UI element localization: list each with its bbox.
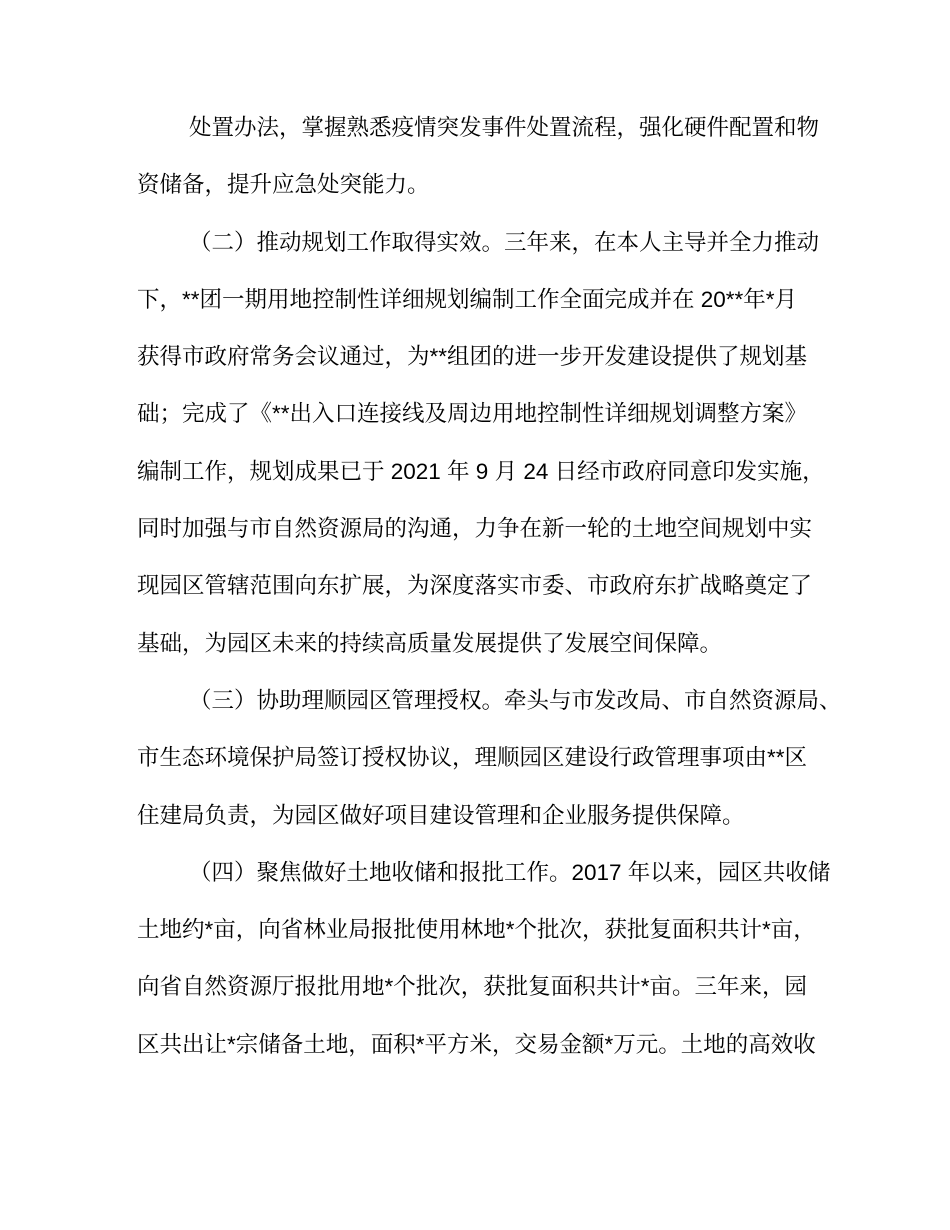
text-line: （三）协助理顺园区管理授权。牵头与市发改局、市自然资源局、: [137, 672, 827, 729]
text-line: （四）聚焦做好土地收储和报批工作。2017 年以来，园区共收储: [137, 844, 827, 901]
text-line: 向省自然资源厅报批用地*个批次，获批复面积共计*亩。三年来，园: [137, 958, 827, 1015]
text-line: 现园区管辖范围向东扩展，为深度落实市委、市政府东扩战略奠定了: [137, 557, 827, 614]
text-line: （二）推动规划工作取得实效。三年来，在本人主导并全力推动: [137, 214, 827, 271]
text-line: 住建局负责，为园区做好项目建设管理和企业服务提供保障。: [137, 787, 827, 844]
text-line: 获得市政府常务会议通过，为**组团的进一步开发建设提供了规划基: [137, 328, 827, 385]
paragraph: （二）推动规划工作取得实效。三年来，在本人主导并全力推动 下，**团一期用地控制…: [137, 214, 827, 672]
text-line: 基础，为园区未来的持续高质量发展提供了发展空间保障。: [137, 615, 827, 672]
text-line: 下，**团一期用地控制性详细规划编制工作全面完成并在 20**年*月: [137, 271, 827, 328]
text-line: 市生态环境保护局签订授权协议，理顺园区建设行政管理事项由**区: [137, 729, 827, 786]
paragraph: （三）协助理顺园区管理授权。牵头与市发改局、市自然资源局、 市生态环境保护局签订…: [137, 672, 827, 844]
document-body: 处置办法，掌握熟悉疫情突发事件处置流程，强化硬件配置和物 资储备，提升应急处突能…: [137, 99, 827, 1073]
text-line: 区共出让*宗储备土地，面积*平方米，交易金额*万元。土地的高效收: [137, 1016, 827, 1073]
text-line: 土地约*亩，向省林业局报批使用林地*个批次，获批复面积共计*亩，: [137, 901, 827, 958]
text-line: 资储备，提升应急处突能力。: [137, 156, 827, 213]
paragraph: （四）聚焦做好土地收储和报批工作。2017 年以来，园区共收储 土地约*亩，向省…: [137, 844, 827, 1073]
text-line: 础；完成了《**出入口连接线及周边用地控制性详细规划调整方案》: [137, 385, 827, 442]
document-page: 处置办法，掌握熟悉疫情突发事件处置流程，强化硬件配置和物 资储备，提升应急处突能…: [0, 0, 950, 1230]
paragraph: 处置办法，掌握熟悉疫情突发事件处置流程，强化硬件配置和物 资储备，提升应急处突能…: [137, 99, 827, 214]
text-line: 处置办法，掌握熟悉疫情突发事件处置流程，强化硬件配置和物: [137, 99, 827, 156]
text-line: 编制工作，规划成果已于 2021 年 9 月 24 日经市政府同意印发实施，: [137, 443, 827, 500]
text-line: 同时加强与市自然资源局的沟通，力争在新一轮的土地空间规划中实: [137, 500, 827, 557]
